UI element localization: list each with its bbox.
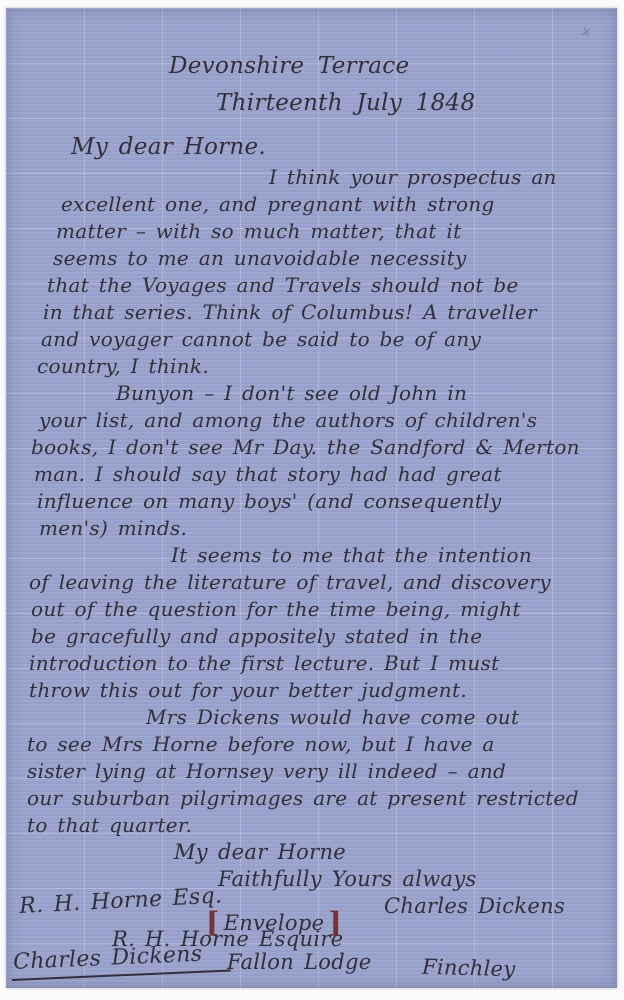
envelope-address-lodge: Fallon Lodge [227,950,371,974]
letter-line: and voyager cannot be said to be of any [41,326,617,353]
letter-line: our suburban pilgrimages are at present … [27,785,617,812]
letter-line: throw this out for your better judgment. [29,677,617,704]
letter-line: influence on many boys' (and consequentl… [37,488,617,515]
letter-line: to see Mrs Horne before now, but I have … [27,731,617,758]
letter-line: man. I should say that story had had gre… [34,461,617,488]
letter-line: seems to me an unavoidable necessity [53,245,617,272]
letter-line: country, I think. [37,353,617,380]
letter-line: of leaving the literature of travel, and… [29,569,617,596]
address-line: Devonshire Terrace [169,48,617,85]
letter-line: books, I don't see Mr Day. the Sandford … [31,434,617,461]
letter-line: that the Voyages and Travels should not … [47,272,617,299]
signature: Charles Dickens [384,893,617,920]
signature-underlined: Charles Dickens [11,940,231,981]
letter-line: Bunyon – I don't see old John in [116,380,617,407]
letter-line: to that quarter. [27,812,617,839]
letter-line: I think your prospectus an [269,164,617,191]
closing-line: Faithfully Yours always [218,866,617,893]
letter-line: sister lying at Hornsey very ill indeed … [27,758,617,785]
letter-line: It seems to me that the intention [171,542,617,569]
letter-line: introduction to the first lecture. But I… [29,650,617,677]
letter-paper: x Devonshire Terrace Thirteenth July 184… [6,8,617,988]
letter-line: men's) minds. [39,515,617,542]
letter-line: your list, and among the authors of chil… [39,407,617,434]
letter-line: in that series. Think of Columbus! A tra… [43,299,617,326]
letter-line: out of the question for the time being, … [31,596,617,623]
letter-line: excellent one, and pregnant with strong [61,191,617,218]
letter-line: be gracefully and appositely stated in t… [31,623,617,650]
date-line: Thirteenth July 1848 [216,85,617,122]
letter-line: matter – with so much matter, that it [56,218,617,245]
envelope-address-town: Finchley [422,955,516,981]
letter-line: Mrs Dickens would have come out [146,704,617,731]
letter-body: I think your prospectus an excellent one… [6,164,617,839]
letter-heading: Devonshire Terrace Thirteenth July 1848 [6,8,617,122]
closing-line: My dear Horne [174,839,617,866]
salutation: My dear Horne. [71,130,617,164]
